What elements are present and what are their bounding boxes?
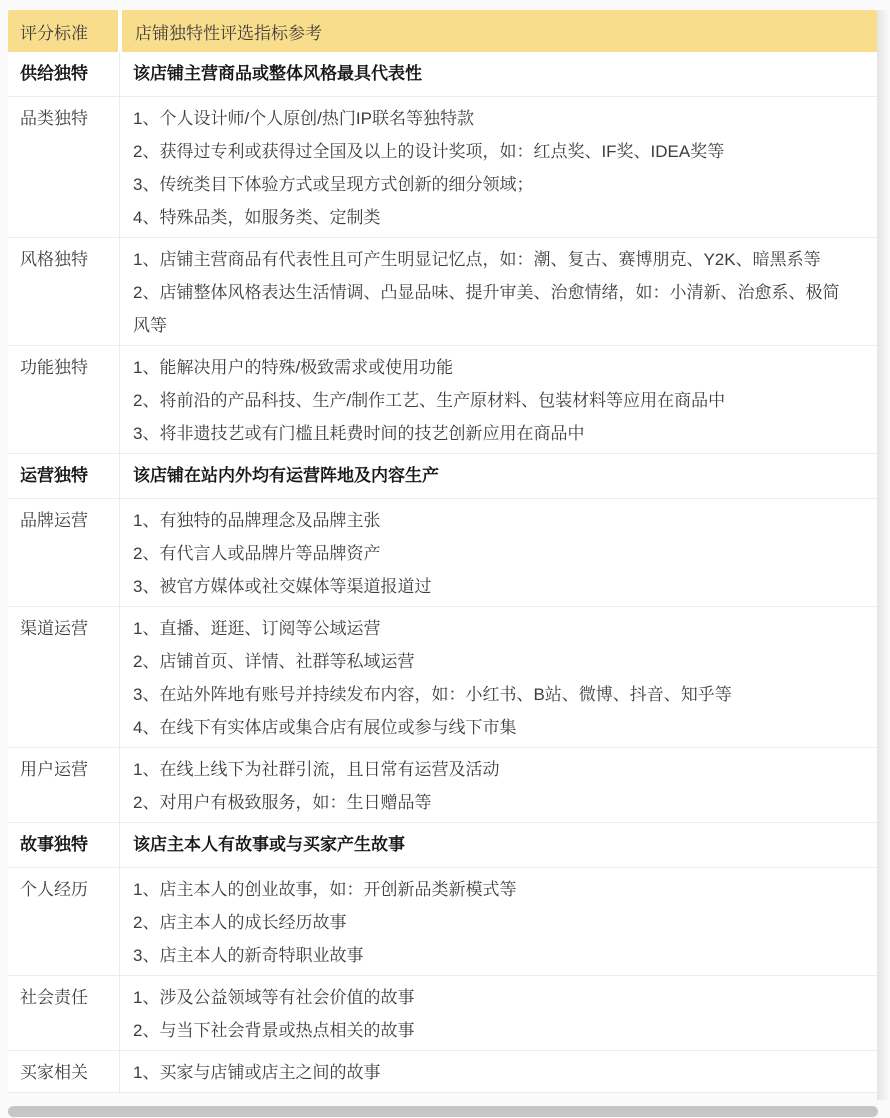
criteria-items: 1、个人设计师/个人原创/热门IP联名等独特款2、获得过专利或获得过全国及以上的… [120, 97, 877, 237]
criteria-item: 1、涉及公益领域等有社会价值的故事 [133, 981, 855, 1014]
criteria-item: 3、在站外阵地有账号并持续发布内容，如：小红书、B站、微博、抖音、知乎等 [133, 678, 855, 711]
section-row: 运营独特 该店铺在站内外均有运营阵地及内容生产 [8, 454, 877, 499]
horizontal-scrollbar-thumb[interactable] [8, 1106, 878, 1117]
criteria-label: 用户运营 [8, 748, 120, 822]
criteria-row: 品类独特 1、个人设计师/个人原创/热门IP联名等独特款2、获得过专利或获得过全… [8, 97, 877, 238]
section-description: 该店铺在站内外均有运营阵地及内容生产 [120, 454, 877, 498]
criteria-row: 社会责任 1、涉及公益领域等有社会价值的故事2、与当下社会背景或热点相关的故事 [8, 976, 877, 1051]
criteria-item: 2、与当下社会背景或热点相关的故事 [133, 1014, 855, 1047]
criteria-item: 2、店铺首页、详情、社群等私域运营 [133, 645, 855, 678]
criteria-item: 2、获得过专利或获得过全国及以上的设计奖项，如：红点奖、IF奖、IDEA奖等 [133, 135, 855, 168]
criteria-item: 2、将前沿的产品科技、生产/制作工艺、生产原材料、包装材料等应用在商品中 [133, 384, 855, 417]
criteria-items: 1、直播、逛逛、订阅等公域运营2、店铺首页、详情、社群等私域运营3、在站外阵地有… [120, 607, 877, 747]
criteria-item: 3、将非遗技艺或有门槛且耗费时间的技艺创新应用在商品中 [133, 417, 855, 450]
criteria-row: 个人经历 1、店主本人的创业故事，如：开创新品类新模式等2、店主本人的成长经历故… [8, 868, 877, 976]
criteria-item: 4、特殊品类，如服务类、定制类 [133, 201, 855, 234]
criteria-item: 1、有独特的品牌理念及品牌主张 [133, 504, 855, 537]
table-body: 供给独特 该店铺主营商品或整体风格最具代表性 品类独特 1、个人设计师/个人原创… [8, 52, 877, 1093]
criteria-row: 功能独特 1、能解决用户的特殊/极致需求或使用功能2、将前沿的产品科技、生产/制… [8, 346, 877, 454]
criteria-row: 买家相关 1、买家与店铺或店主之间的故事 [8, 1051, 877, 1093]
criteria-row: 用户运营 1、在线上线下为社群引流，且日常有运营及活动2、对用户有极致服务，如：… [8, 748, 877, 823]
criteria-item: 4、在线下有实体店或集合店有展位或参与线下市集 [133, 711, 855, 744]
section-label: 故事独特 [8, 823, 120, 867]
section-label: 运营独特 [8, 454, 120, 498]
criteria-label: 个人经历 [8, 868, 120, 975]
criteria-table: 评分标准 店铺独特性评选指标参考 供给独特 该店铺主营商品或整体风格最具代表性 … [8, 10, 877, 1093]
section-description: 该店主本人有故事或与买家产生故事 [120, 823, 877, 867]
criteria-items: 1、在线上线下为社群引流，且日常有运营及活动2、对用户有极致服务，如：生日赠品等 [120, 748, 877, 822]
criteria-item: 3、传统类目下体验方式或呈现方式创新的细分领域； [133, 168, 855, 201]
horizontal-scrollbar[interactable] [8, 1106, 878, 1117]
criteria-items: 1、涉及公益领域等有社会价值的故事2、与当下社会背景或热点相关的故事 [120, 976, 877, 1050]
section-description: 该店铺主营商品或整体风格最具代表性 [120, 52, 877, 96]
criteria-item: 1、个人设计师/个人原创/热门IP联名等独特款 [133, 102, 855, 135]
table-header-row: 评分标准 店铺独特性评选指标参考 [8, 10, 877, 52]
criteria-label: 社会责任 [8, 976, 120, 1050]
header-cell-uniqueness-reference: 店铺独特性评选指标参考 [122, 10, 877, 52]
criteria-item: 1、店主本人的创业故事，如：开创新品类新模式等 [133, 873, 855, 906]
criteria-item: 2、有代言人或品牌片等品牌资产 [133, 537, 855, 570]
criteria-item: 1、能解决用户的特殊/极致需求或使用功能 [133, 351, 855, 384]
criteria-item: 2、店铺整体风格表达生活情调、凸显品味、提升审美、治愈情绪，如：小清新、治愈系、… [133, 276, 855, 342]
criteria-item: 1、店铺主营商品有代表性且可产生明显记忆点，如：潮、复古、赛博朋克、Y2K、暗黑… [133, 243, 855, 276]
criteria-row: 风格独特 1、店铺主营商品有代表性且可产生明显记忆点，如：潮、复古、赛博朋克、Y… [8, 238, 877, 346]
section-row: 故事独特 该店主本人有故事或与买家产生故事 [8, 823, 877, 868]
criteria-item: 2、店主本人的成长经历故事 [133, 906, 855, 939]
criteria-label: 买家相关 [8, 1051, 120, 1092]
right-scroll-shadow [877, 10, 890, 1100]
criteria-label: 功能独特 [8, 346, 120, 453]
criteria-label: 品类独特 [8, 97, 120, 237]
criteria-items: 1、能解决用户的特殊/极致需求或使用功能2、将前沿的产品科技、生产/制作工艺、生… [120, 346, 877, 453]
criteria-item: 1、在线上线下为社群引流，且日常有运营及活动 [133, 753, 855, 786]
criteria-items: 1、店铺主营商品有代表性且可产生明显记忆点，如：潮、复古、赛博朋克、Y2K、暗黑… [120, 238, 877, 345]
criteria-items: 1、有独特的品牌理念及品牌主张2、有代言人或品牌片等品牌资产3、被官方媒体或社交… [120, 499, 877, 606]
criteria-label: 渠道运营 [8, 607, 120, 747]
section-label: 供给独特 [8, 52, 120, 96]
criteria-label: 风格独特 [8, 238, 120, 345]
criteria-items: 1、店主本人的创业故事，如：开创新品类新模式等2、店主本人的成长经历故事3、店主… [120, 868, 877, 975]
criteria-row: 渠道运营 1、直播、逛逛、订阅等公域运营2、店铺首页、详情、社群等私域运营3、在… [8, 607, 877, 748]
section-row: 供给独特 该店铺主营商品或整体风格最具代表性 [8, 52, 877, 97]
criteria-item: 3、被官方媒体或社交媒体等渠道报道过 [133, 570, 855, 603]
criteria-items: 1、买家与店铺或店主之间的故事 [120, 1051, 877, 1092]
criteria-item: 1、买家与店铺或店主之间的故事 [133, 1056, 855, 1089]
header-cell-score-criteria: 评分标准 [8, 10, 118, 52]
criteria-item: 1、直播、逛逛、订阅等公域运营 [133, 612, 855, 645]
criteria-item: 2、对用户有极致服务，如：生日赠品等 [133, 786, 855, 819]
criteria-row: 品牌运营 1、有独特的品牌理念及品牌主张2、有代言人或品牌片等品牌资产3、被官方… [8, 499, 877, 607]
criteria-item: 3、店主本人的新奇特职业故事 [133, 939, 855, 972]
criteria-label: 品牌运营 [8, 499, 120, 606]
